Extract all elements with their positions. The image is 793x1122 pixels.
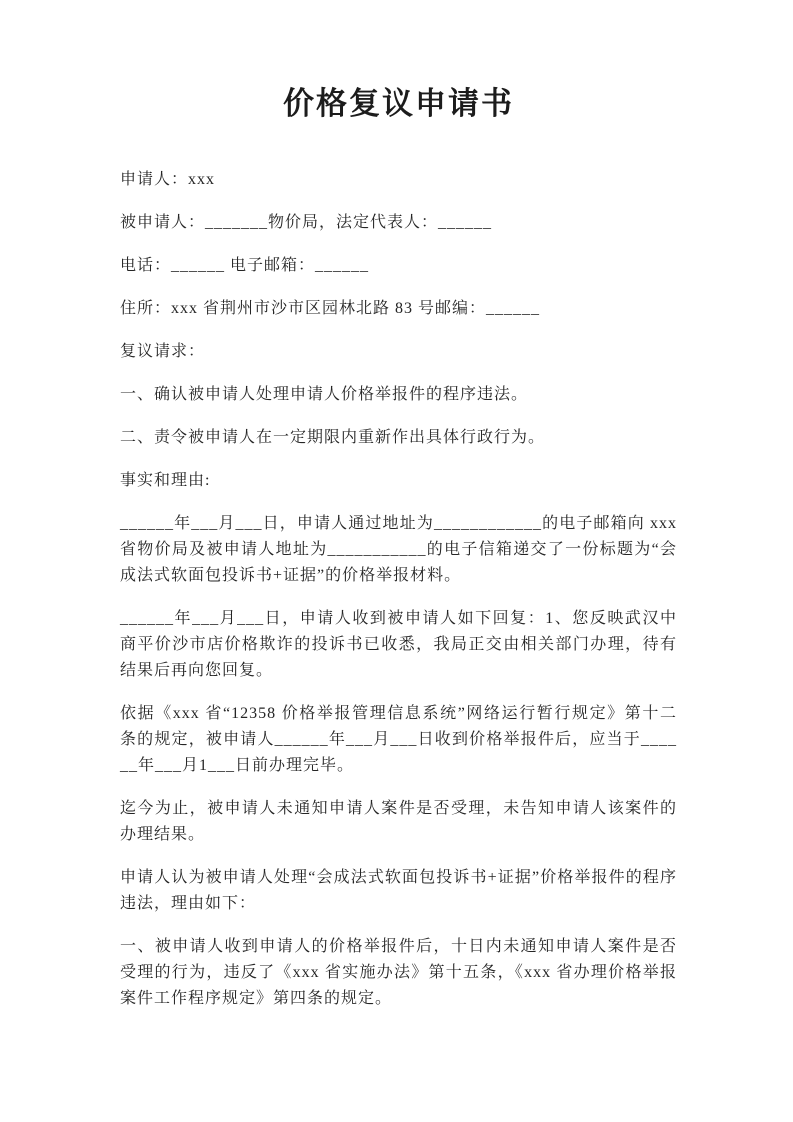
document-title: 价格复议申请书	[120, 84, 677, 124]
paragraph-facts-4: 迄今为止，被申请人未通知申请人案件是否受理，未告知申请人该案件的办理结果。	[120, 796, 677, 848]
paragraph-respondent: 被申请人：_______物价局，法定代表人：______	[120, 210, 677, 236]
paragraph-facts-heading: 事实和理由:	[120, 468, 677, 494]
paragraph-facts-3: 依据《xxx 省“12358 价格举报管理信息系统”网络运行暂行规定》第十二条的…	[120, 701, 677, 779]
paragraph-request-2: 二、责令被申请人在一定期限内重新作出具体行政行为。	[120, 425, 677, 451]
paragraph-applicant: 申请人：xxx	[120, 167, 677, 193]
paragraph-address: 住所：xxx 省荆州市沙市区园林北路 83 号邮编：______	[120, 296, 677, 322]
paragraph-phone-email: 电话：______ 电子邮箱：______	[120, 253, 677, 279]
paragraph-facts-1: ______年___月___日，申请人通过地址为____________的电子邮…	[120, 511, 677, 589]
paragraph-request-heading: 复议请求：	[120, 339, 677, 365]
paragraph-facts-2: ______年___月___日，申请人收到被申请人如下回复：1、您反映武汉中商平…	[120, 606, 677, 684]
paragraph-facts-5: 申请人认为被申请人处理“会成法式软面包投诉书+证据”价格举报件的程序违法，理由如…	[120, 865, 677, 917]
paragraph-request-1: 一、确认被申请人处理申请人价格举报件的程序违法。	[120, 382, 677, 408]
paragraph-reason-1: 一、被申请人收到申请人的价格举报件后，十日内未通知申请人案件是否受理的行为，违反…	[120, 934, 677, 1012]
document-page: 价格复议申请书 申请人：xxx 被申请人：_______物价局，法定代表人：__…	[0, 0, 793, 1122]
